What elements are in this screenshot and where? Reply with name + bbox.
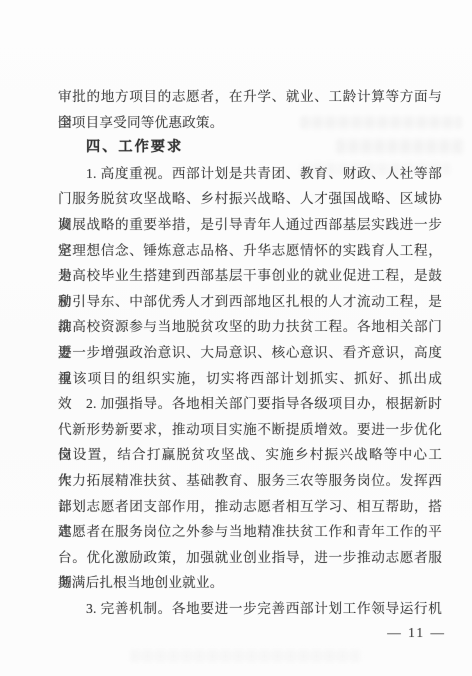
text-line: 进一步增强政治意识、大局意识、核心意识、看齐意识，高度重 (58, 340, 442, 366)
text-line: 大力拓展精准扶贫、基础教育、服务三农等服务岗位。发挥西部 (58, 468, 442, 494)
text-line: 动高校资源参与当地脱贫攻坚的助力扶贫工程。各地相关部门要 (58, 314, 442, 340)
text-line: 国项目享受同等优惠政策。 (58, 110, 442, 136)
text-line: 位设置，结合打赢脱贫攻坚战、实施乡村振兴战略等中心工作， (58, 442, 442, 468)
text-line: 台。优化激励政策，加强就业创业指导，进一步推动志愿者服务 (58, 545, 442, 571)
text-line: 审批的地方项目的志愿者，在升学、就业、工龄计算等方面与全 (58, 84, 442, 110)
text-line: 1. 高度重视。西部计划是共青团、教育、财政、人社等部 (58, 161, 442, 187)
page-number: — 11 — (387, 625, 446, 641)
text-line: 志愿者在服务岗位之外参与当地精准扶贫工作和青年工作的平 (58, 519, 442, 545)
text-line: 计划志愿者团支部作用，推动志愿者相互学习、相互帮助，搭建 (58, 494, 442, 520)
text-line: 和引导东、中部优秀人才到西部地区扎根的人才流动工程，是推 (58, 289, 442, 315)
text-line: 门服务脱贫攻坚战略、乡村振兴战略、人才强国战略、区域协调 (58, 186, 442, 212)
scanned-document-page: 审批的地方项目的志愿者，在升学、就业、工龄计算等方面与全国项目享受同等优惠政策。… (0, 0, 472, 676)
text-line: 发展战略的重要举措，是引导青年人通过西部基层实践进一步坚 (58, 212, 442, 238)
text-line: 3. 完善机制。各地要进一步完善西部计划工作领导运行机 (58, 596, 442, 622)
bleed-through-artifact (130, 650, 360, 662)
text-line: 视该项目的组织实施，切实将西部计划抓实、抓好、抓出成效。 (58, 366, 442, 392)
text-line: 期满后扎根当地创业就业。 (58, 570, 442, 596)
document-body-text: 审批的地方项目的志愿者，在升学、就业、工龄计算等方面与全国项目享受同等优惠政策。… (58, 84, 442, 621)
text-line: 代新形势新要求，推动项目实施不断提质增效。要进一步优化岗 (58, 417, 442, 443)
text-line: 为高校毕业生搭建到西部基层干事创业的就业促进工程，是鼓励 (58, 263, 442, 289)
text-line: 2. 加强指导。各地相关部门要指导各级项目办，根据新时 (58, 391, 442, 417)
section-heading: 四、工作要求 (58, 135, 442, 161)
text-line: 定理想信念、锤炼意志品格、升华志愿情怀的实践育人工程，是 (58, 238, 442, 264)
